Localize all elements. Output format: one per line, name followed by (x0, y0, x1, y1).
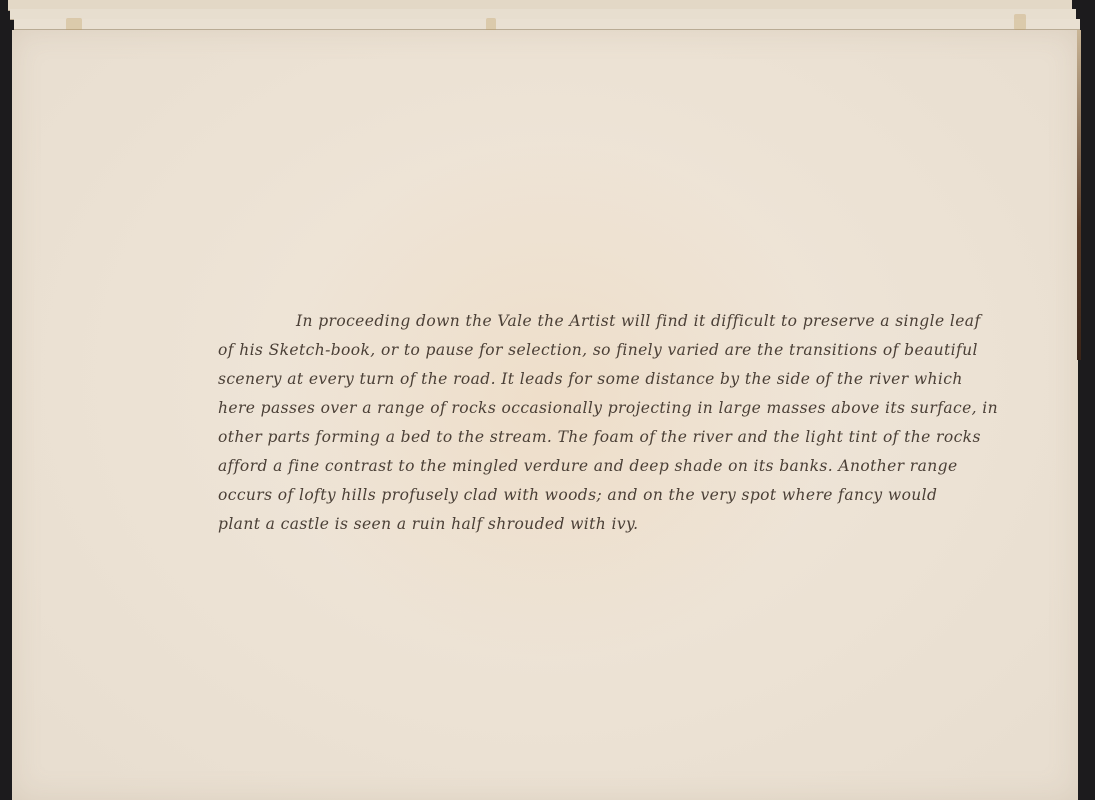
binding-edge (1077, 30, 1081, 360)
text-line: scenery at every turn of the road. It le… (218, 365, 938, 394)
paper-stain (1014, 14, 1026, 30)
text-line: occurs of lofty hills profusely clad wit… (218, 481, 938, 510)
text-line: plant a castle is seen a ruin half shrou… (218, 510, 938, 539)
scanned-page-view: In proceeding down the Vale the Artist w… (0, 0, 1095, 800)
text-line: here passes over a range of rocks occasi… (218, 394, 938, 423)
text-line: of his Sketch-book, or to pause for sele… (218, 336, 938, 365)
text-line: afford a fine contrast to the mingled ve… (218, 452, 938, 481)
text-line: In proceeding down the Vale the Artist w… (218, 307, 938, 336)
text-line: other parts forming a bed to the stream.… (218, 423, 938, 452)
handwritten-paragraph: In proceeding down the Vale the Artist w… (218, 307, 938, 539)
page-edge-stack (14, 19, 1080, 30)
